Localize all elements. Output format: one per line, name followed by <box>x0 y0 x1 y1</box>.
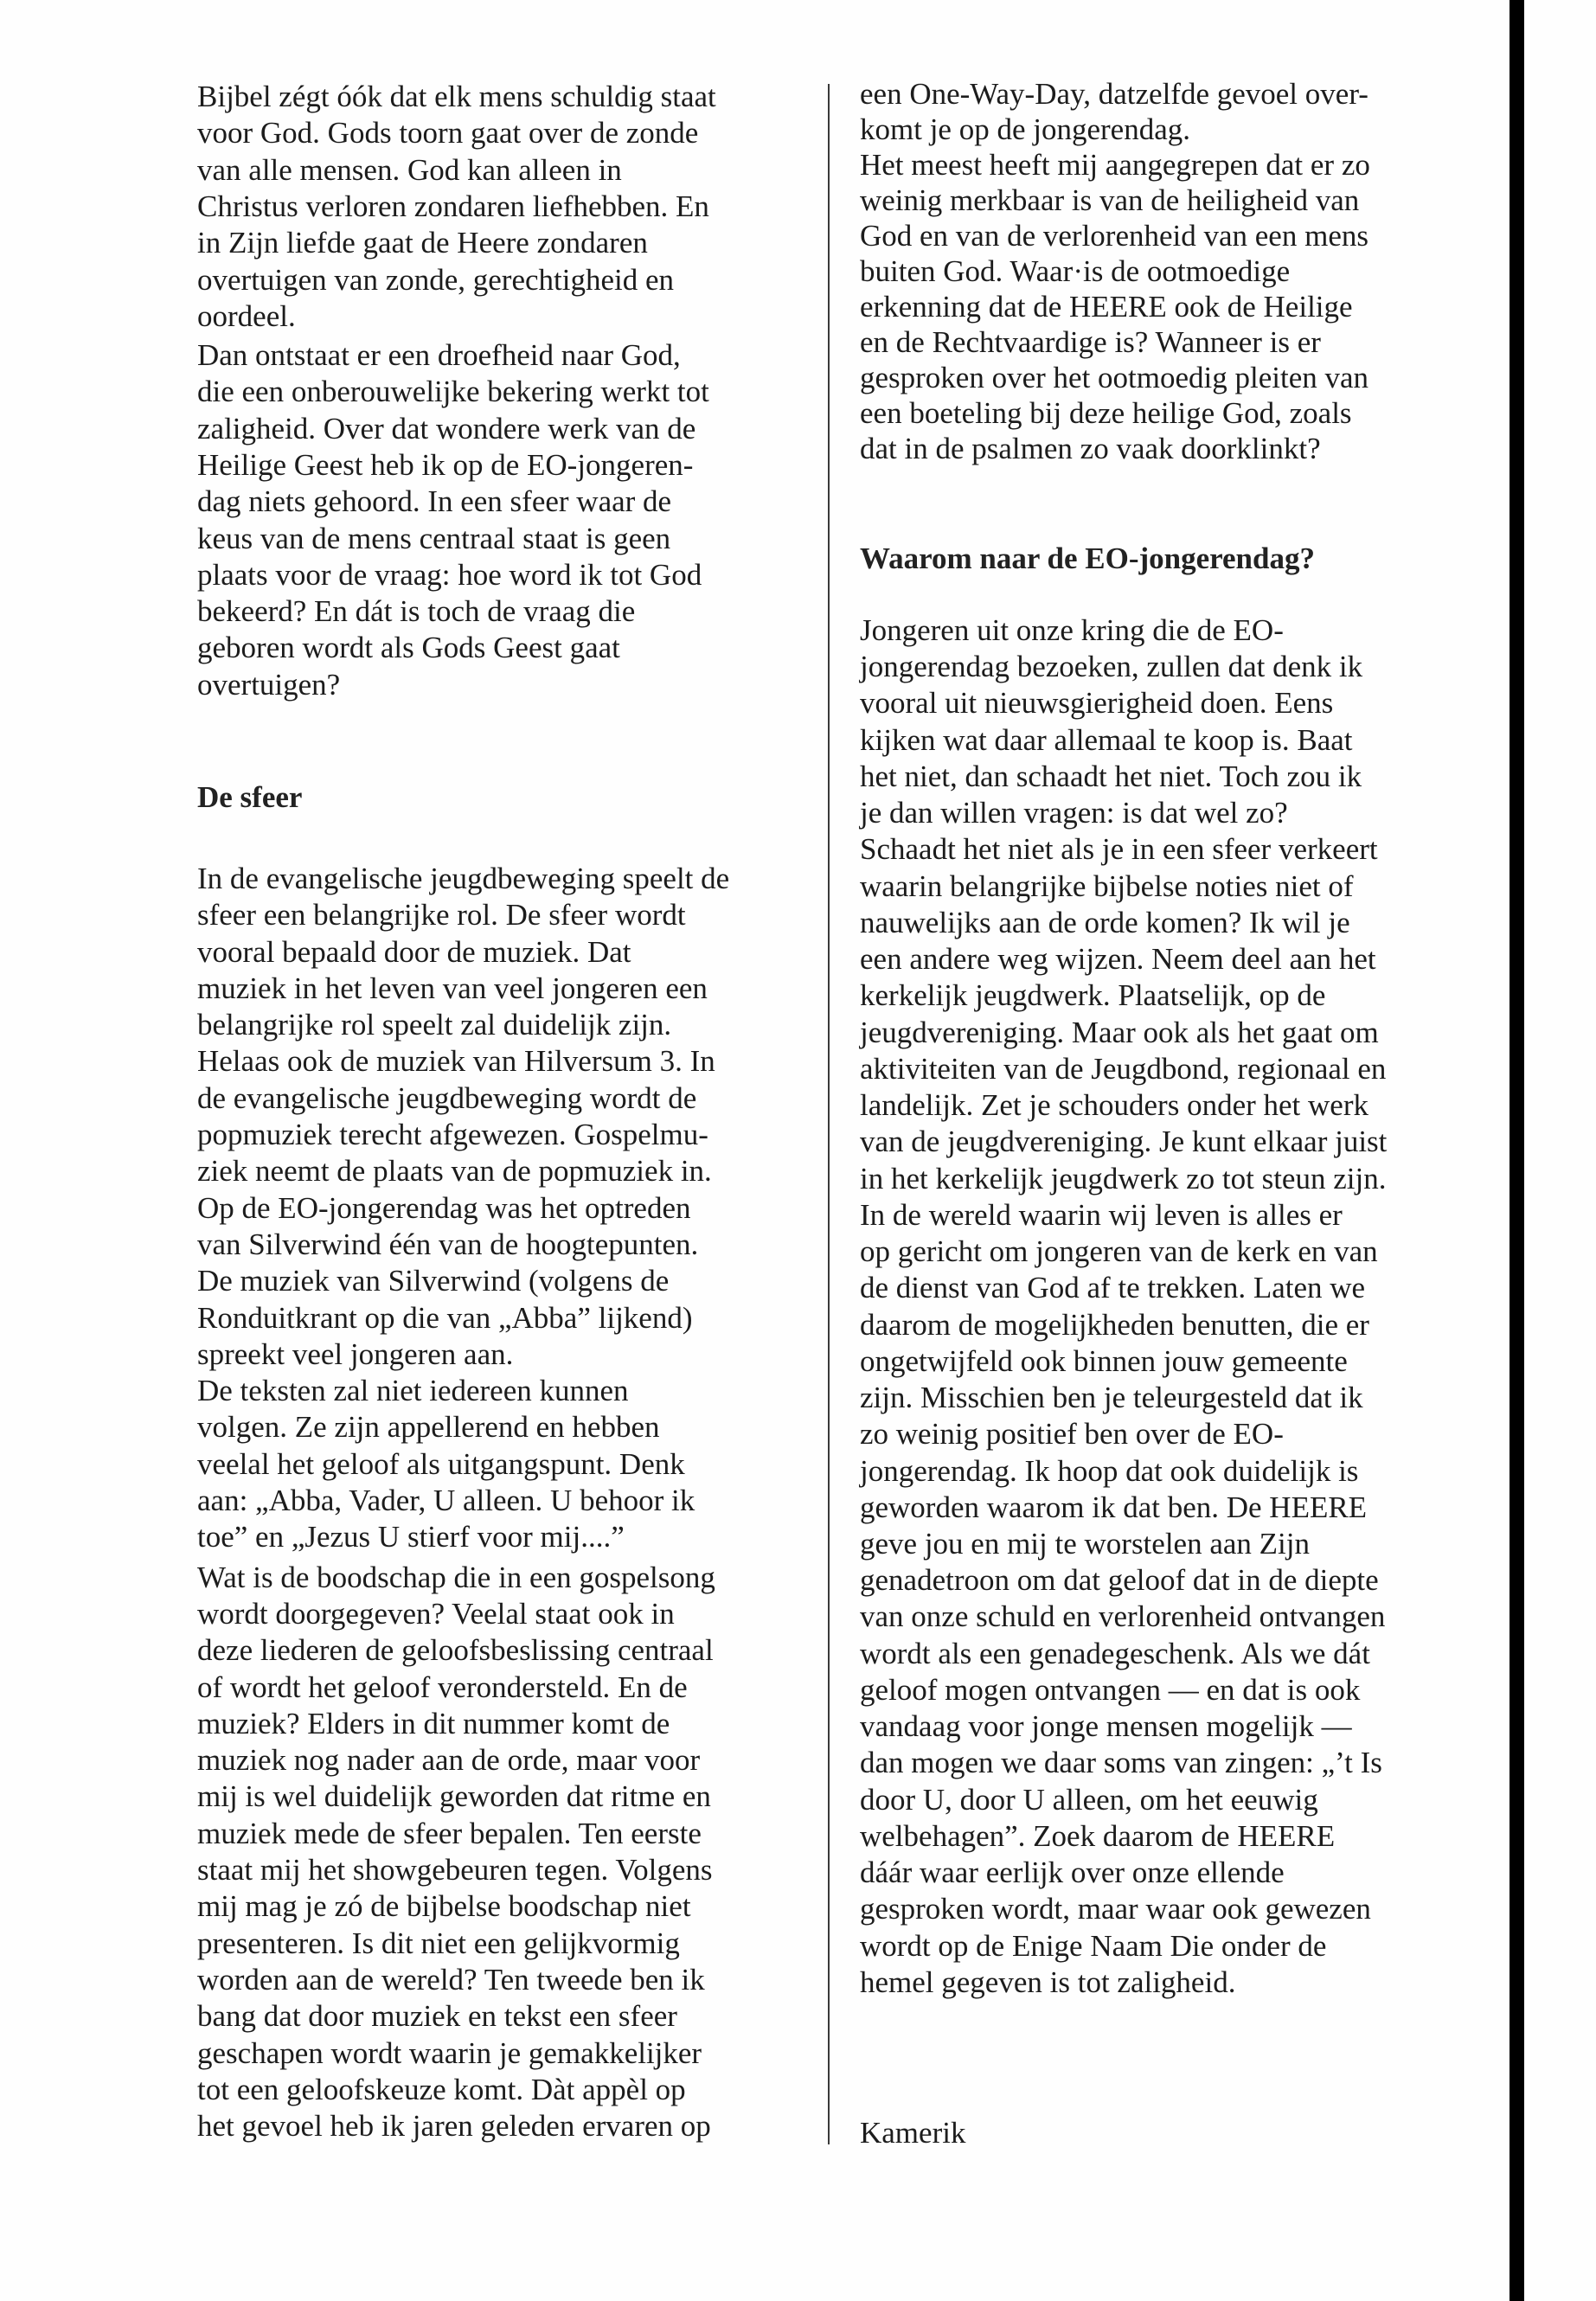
text-line: gesproken over het ootmoedig pleiten van <box>860 362 1368 393</box>
text-line: op gericht om jongeren van de kerk en va… <box>860 1236 1378 1266</box>
text-line: In de evangelische jeugdbeweging speelt … <box>197 863 729 894</box>
text-line: erkenning dat de HEERE ook de Heilige <box>860 292 1353 322</box>
text-line: wordt als een genadegeschenk. Als we dát <box>860 1638 1370 1669</box>
text-line: de dienst van God af te trekken. Laten w… <box>860 1272 1365 1303</box>
text-line: overtuigen van zonde, gerechtigheid en <box>197 265 674 295</box>
text-line: je dan willen vragen: is dat wel zo? <box>860 798 1288 828</box>
text-line: waarin belangrijke bijbelse noties niet … <box>860 871 1354 901</box>
text-line: De muziek van Silverwind (volgens de <box>197 1266 669 1296</box>
heading-de-sfeer: De sfeer <box>197 782 302 812</box>
text-line: worden aan de wereld? Ten tweede ben ik <box>197 1965 705 1995</box>
text-line: ongetwijfeld ook binnen jouw gemeente <box>860 1346 1348 1376</box>
text-line: muziek? Elders in dit nummer komt de <box>197 1708 670 1739</box>
text-line: daarom de mogelijkheden benutten, die er <box>860 1310 1369 1340</box>
text-line: zo weinig positief ben over de EO- <box>860 1419 1284 1449</box>
text-line: jongerendag. Ik hoop dat ook duidelijk i… <box>860 1456 1358 1486</box>
text-line: dáár waar eerlijk over onze ellende <box>860 1857 1285 1888</box>
text-line: bekeerd? En dát is toch de vraag die <box>197 596 635 626</box>
text-line: een andere weg wijzen. Neem deel aan het <box>860 944 1376 974</box>
text-line: vooral bepaald door de muziek. Dat <box>197 937 631 967</box>
text-line: Ronduitkrant op die van „Abba” lijkend) <box>197 1303 693 1333</box>
text-line: staat mij het showgebeuren tegen. Volgen… <box>197 1855 713 1885</box>
text-line: deze liederen de geloofsbeslissing centr… <box>197 1635 714 1665</box>
text-line: Wat is de boodschap die in een gospelson… <box>197 1562 715 1593</box>
text-line: dag niets gehoord. In een sfeer waar de <box>197 486 671 516</box>
text-line: hemel gegeven is tot zaligheid. <box>860 1967 1235 1997</box>
text-line: jongerendag bezoeken, zullen dat denk ik <box>860 651 1362 682</box>
text-line: door U, door U alleen, om het eeuwig <box>860 1785 1318 1815</box>
text-line: de evangelische jeugdbeweging wordt de <box>197 1083 696 1113</box>
signature-place: Kamerik <box>860 2118 965 2148</box>
text-line: een One-Way-Day, datzelfde gevoel over- <box>860 79 1368 109</box>
text-line: van de jeugdvereniging. Je kunt elkaar j… <box>860 1126 1387 1157</box>
text-line: een boeteling bij deze heilige God, zoal… <box>860 398 1352 428</box>
text-line: geloof mogen ontvangen — en dat is ook <box>860 1675 1360 1705</box>
text-line: geboren wordt als Gods Geest gaat <box>197 632 620 663</box>
text-line: In de wereld waarin wij leven is alles e… <box>860 1200 1343 1230</box>
text-line: veelal het geloof als uitgangspunt. Denk <box>197 1449 685 1479</box>
text-line: wordt doorgegeven? Veelal staat ook in <box>197 1599 675 1629</box>
text-line: nauwelijks aan de orde komen? Ik wil je <box>860 907 1350 938</box>
text-line: aan: „Abba, Vader, U alleen. U behoor ik <box>197 1485 695 1516</box>
text-line: Heilige Geest heb ik op de EO-jongeren- <box>197 450 693 480</box>
text-line: of wordt het geloof verondersteld. En de <box>197 1672 688 1702</box>
text-line: welbehagen”. Zoek daarom de HEERE <box>860 1821 1335 1851</box>
text-line: De teksten zal niet iedereen kunnen <box>197 1375 629 1406</box>
text-line: overtuigen? <box>197 670 340 700</box>
text-line: voor God. Gods toorn gaat over de zonde <box>197 118 698 148</box>
text-line: God en van de verlorenheid van een mens <box>860 221 1368 251</box>
text-line: spreekt veel jongeren aan. <box>197 1339 513 1369</box>
text-line: geve jou en mij te worstelen aan Zijn <box>860 1529 1310 1559</box>
text-line: presenteren. Is dit niet een gelijkvormi… <box>197 1928 680 1958</box>
text-line: zaligheid. Over dat wondere werk van de <box>197 413 695 444</box>
column-divider <box>828 84 830 2144</box>
text-line: bang dat door muziek en tekst een sfeer <box>197 2001 677 2031</box>
text-line: vandaag voor jonge mensen mogelijk — <box>860 1711 1352 1741</box>
text-line: geworden waarom ik dat ben. De HEERE <box>860 1492 1367 1522</box>
text-line: Bijbel zégt óók dat elk mens schuldig st… <box>197 81 716 112</box>
text-line: belangrijke rol speelt zal duidelijk zij… <box>197 1009 671 1040</box>
text-line: volgen. Ze zijn appellerend en hebben <box>197 1412 660 1442</box>
text-line: jeugdvereniging. Maar ook als het gaat o… <box>860 1017 1379 1048</box>
text-line: tot een geloofskeuze komt. Dàt appèl op <box>197 2074 686 2105</box>
text-line: het gevoel heb ik jaren geleden ervaren … <box>197 2111 711 2141</box>
text-line: Dan ontstaat er een droefheid naar God, <box>197 340 681 370</box>
text-line: geschapen wordt waarin je gemakkelijker <box>197 2038 702 2068</box>
text-line: Het meest heeft mij aangegrepen dat er z… <box>860 150 1370 180</box>
text-line: ziek neemt de plaats van de popmuziek in… <box>197 1156 712 1186</box>
text-line: komt je op de jongerendag. <box>860 114 1190 144</box>
text-line: dan mogen we daar soms van zingen: „’t I… <box>860 1747 1382 1778</box>
text-line: muziek mede de sfeer bepalen. Ten eerste <box>197 1818 702 1849</box>
text-line: Op de EO-jongerendag was het optreden <box>197 1193 691 1223</box>
heading-waarom: Waarom naar de EO-jongerendag? <box>860 543 1315 574</box>
text-line: van onze schuld en verlorenheid ontvange… <box>860 1601 1385 1631</box>
text-line: landelijk. Zet je schouders onder het we… <box>860 1090 1368 1120</box>
text-line: oordeel. <box>197 301 296 331</box>
document-page: Bijbel zégt óók dat elk mens schuldig st… <box>0 0 1596 2301</box>
text-line: het niet, dan schaadt het niet. Toch zou… <box>860 761 1362 792</box>
text-line: buiten God. Waar·is de ootmoedige <box>860 256 1290 286</box>
text-line: weinig merkbaar is van de heiligheid van <box>860 185 1359 215</box>
text-line: kerkelijk jeugdwerk. Plaatselijk, op de <box>860 980 1325 1010</box>
text-line: muziek nog nader aan de orde, maar voor <box>197 1745 700 1775</box>
text-line: vooral uit nieuwsgierigheid doen. Eens <box>860 688 1333 718</box>
text-line: muziek in het leven van veel jongeren ee… <box>197 973 708 1003</box>
text-line: mij is wel duidelijk geworden dat ritme … <box>197 1781 711 1811</box>
text-line: plaats voor de vraag: hoe word ik tot Go… <box>197 560 702 590</box>
text-line: kijken wat daar allemaal te koop is. Baa… <box>860 725 1353 755</box>
text-line: in het kerkelijk jeugdwerk zo tot steun … <box>860 1163 1386 1194</box>
text-line: sfeer een belangrijke rol. De sfeer word… <box>197 900 686 930</box>
scan-edge-bar <box>1509 0 1524 2301</box>
text-line: in Zijn liefde gaat de Heere zondaren <box>197 228 648 258</box>
text-line: die een onberouwelijke bekering werkt to… <box>197 376 709 407</box>
text-line: Helaas ook de muziek van Hilversum 3. In <box>197 1046 715 1076</box>
text-line: van alle mensen. God kan alleen in <box>197 155 622 185</box>
text-line: dat in de psalmen zo vaak doorklinkt? <box>860 433 1321 464</box>
text-line: toe” en „Jezus U stierf voor mij....” <box>197 1522 625 1552</box>
text-line: Schaadt het niet als je in een sfeer ver… <box>860 834 1378 864</box>
text-line: aktiviteiten van de Jeugdbond, regionaal… <box>860 1054 1386 1084</box>
text-line: wordt op de Enige Naam Die onder de <box>860 1931 1326 1961</box>
text-line: popmuziek terecht afgewezen. Gospelmu- <box>197 1119 708 1150</box>
text-line: zijn. Misschien ben je teleurgesteld dat… <box>860 1382 1363 1413</box>
text-line: keus van de mens centraal staat is geen <box>197 523 670 554</box>
text-line: mij mag je zó de bijbelse boodschap niet <box>197 1891 691 1921</box>
text-line: Jongeren uit onze kring die de EO- <box>860 615 1284 645</box>
text-line: Christus verloren zondaren liefhebben. E… <box>197 191 709 221</box>
text-line: genadetroon om dat geloof dat in de diep… <box>860 1565 1379 1595</box>
text-line: van Silverwind één van de hoogtepunten. <box>197 1229 698 1259</box>
text-line: en de Rechtvaardige is? Wanneer is er <box>860 327 1321 357</box>
text-line: gesproken wordt, maar waar ook gewezen <box>860 1894 1371 1924</box>
